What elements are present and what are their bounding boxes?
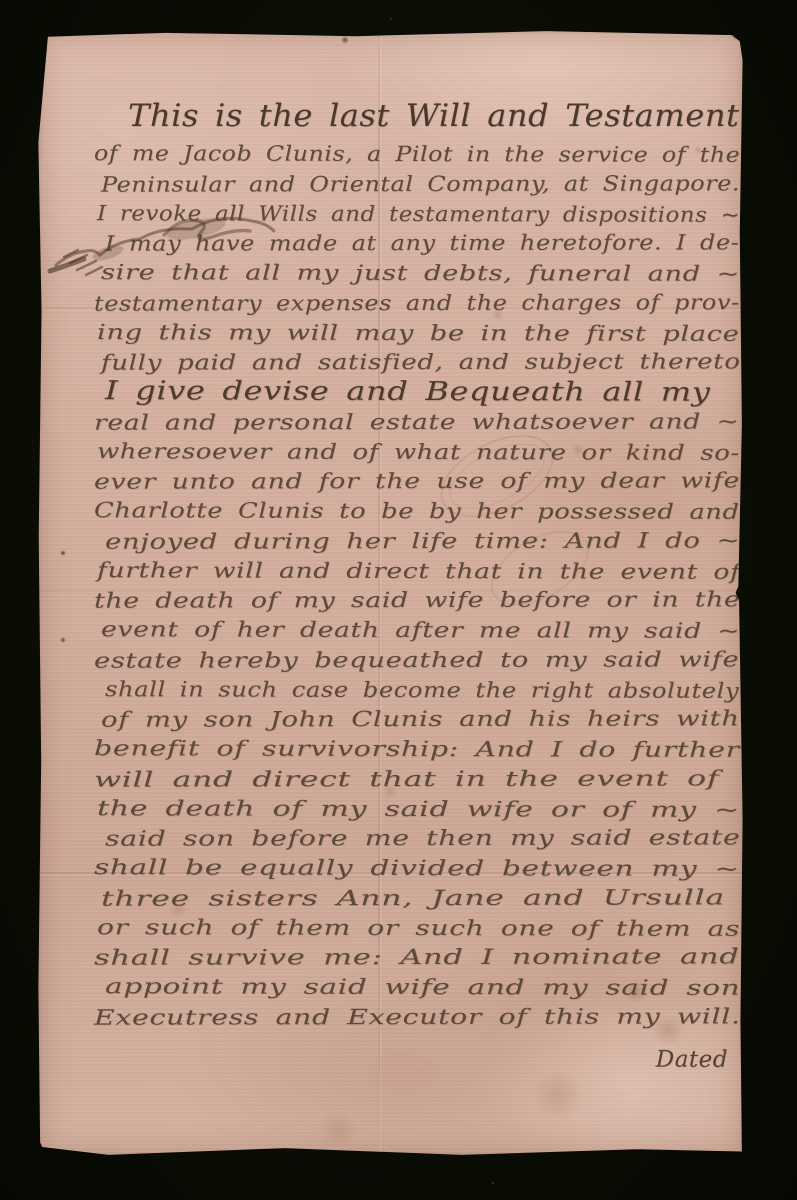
will-line: appoint my said wife and my said son [105,972,740,1003]
paper-sheet: This is the last Will and Testament of m… [38,30,744,1156]
will-line: testamentary expenses and the charges of… [94,288,740,319]
will-line: further will and direct that in the even… [97,556,740,587]
will-line: wheresoever and of what nature or kind s… [97,437,740,468]
will-line: the death of my said wife before or in t… [94,586,740,617]
will-line: benefit of survivorship: And I do furthe… [94,734,740,765]
will-line: the death of my said wife or of my ~ [97,794,740,825]
will-line: shall survive me: And I nominate and [94,943,740,974]
will-line: of my son John Clunis and his heirs with [101,705,740,736]
will-line: or such of them or such one of them as [97,913,740,944]
will-line: event of her death after me all my said … [101,615,740,646]
will-line: shall in such case become the right abso… [105,675,740,706]
dust-speck [390,18,392,20]
will-line: Executress and Executor of this my will. [94,1002,740,1033]
will-line: ever unto and for the use of my dear wif… [94,467,740,498]
will-line: said son before me then my said estate [105,824,740,855]
dated-label: Dated [94,1044,740,1075]
will-line: will and direct that in the event of [94,764,740,795]
will-line: shall be equally divided between my ~ [94,853,740,884]
will-line: Charlotte Clunis to be by her possessed … [94,496,740,527]
will-text-body: This is the last Will and Testament of m… [94,94,740,1074]
will-line: sire that all my just debts, funeral and… [101,258,740,289]
will-line: fully paid and satisfied, and subject th… [101,348,740,379]
will-heading: This is the last Will and Testament [128,94,740,140]
will-line: real and personal estate whatsoever and … [94,407,740,438]
dust-speck [492,1182,494,1184]
will-line: Peninsular and Oriental Company, at Sing… [101,169,740,200]
will-line: of me Jacob Clunis, a Pilot in the servi… [94,139,740,170]
will-line-bequest: I give devise and Bequeath all my [105,377,740,408]
will-line: estate hereby bequeathed to my said wife [94,645,740,676]
document-scan-viewer: This is the last Will and Testament of m… [0,0,797,1200]
will-line: I may have made at any time heretofore. … [105,229,740,260]
will-line: enjoyed during her life time: And I do ~ [105,526,740,557]
will-line: three sisters Ann, Jane and Ursulla [101,883,740,914]
will-line: I revoke all Wills and testamentary disp… [97,199,740,230]
will-line: ing this my will may be in the first pla… [97,318,740,349]
